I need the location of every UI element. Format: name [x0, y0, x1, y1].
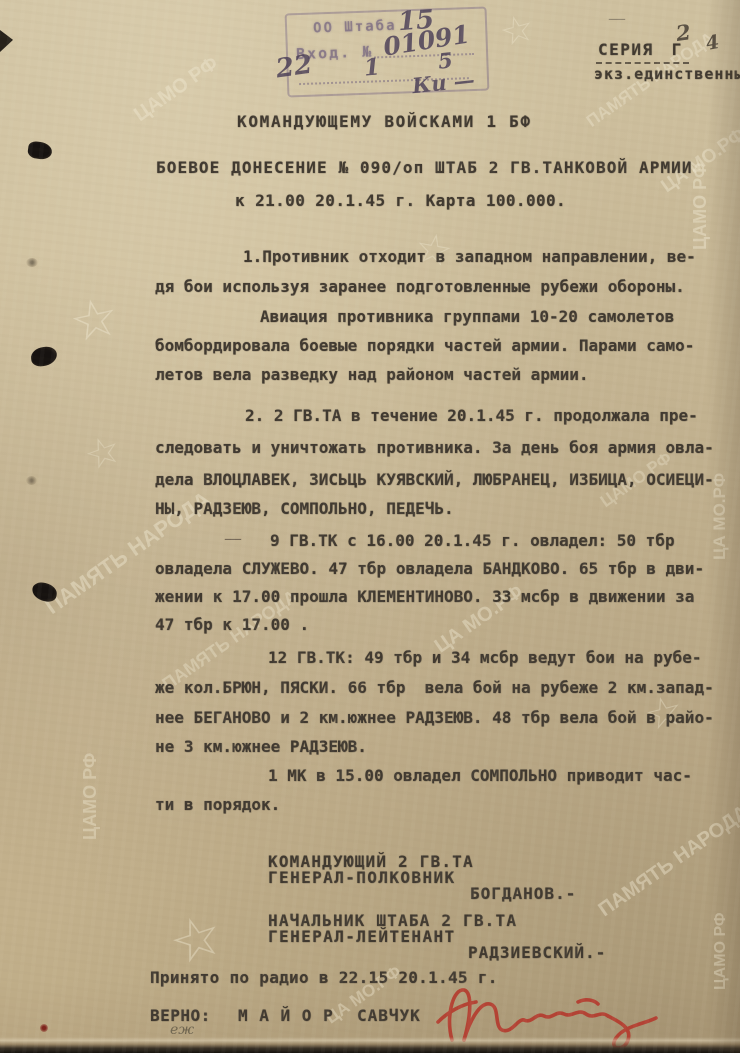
body-line: 1 МК в 15.00 овладел СОМПОЛЬНО приводит …: [268, 766, 692, 786]
handwritten-initials: Ки —: [411, 67, 476, 98]
document-subtitle: к 21.00 20.1.45 г. Карта 100.000.: [235, 191, 566, 211]
star-watermark-icon: ☆: [495, 4, 540, 56]
copy-note: экз.единственный: [594, 64, 740, 84]
body-line: не 3 км.южнее РАДЗЕЮВ.: [155, 737, 367, 757]
paper-smudge: [26, 476, 37, 485]
scan-bottom-edge: [0, 1037, 740, 1053]
body-line: дя бои используя заранее подготовленные …: [155, 277, 685, 297]
handwritten-dash: —: [224, 528, 242, 549]
body-line: овладела СЛУЖЕВО. 47 тбр овладела БАНДКО…: [155, 559, 704, 579]
body-line: 1.Противник отходит в западном направлен…: [243, 247, 696, 267]
handwritten-dash: —: [608, 8, 626, 29]
addressee-line: КОМАНДУЮЩЕМУ ВОЙСКАМИ 1 БФ: [237, 112, 532, 132]
handwritten-day: 22: [274, 50, 314, 85]
punch-hole: [30, 346, 58, 368]
star-watermark-icon: ☆: [64, 284, 124, 356]
body-line: 12 ГВ.ТК: 49 тбр и 34 мсбр ведут бои на …: [268, 648, 701, 668]
body-line: жении к 17.00 прошла КЛЕМЕНТИНОВО. 33 мс…: [155, 587, 694, 607]
watermark-text: ЦАМО РФ: [712, 912, 730, 990]
handwritten-month: 1: [363, 53, 381, 81]
scanned-document-page: ЦАМО РФ ПАМЯТЬ НАРОДА ☆ ЦА МО.РФ ☆ ☆ ЦАМ…: [0, 0, 740, 1053]
series-line: СЕРИЯГ: [596, 40, 689, 64]
body-line: дела ВЛОЦЛАВЕК, ЗИСЬЦЬ КУЯВСКИЙ, ЛЮБРАНЕ…: [155, 470, 714, 490]
document-title: БОЕВОЕ ДОНЕСЕНИЕ № 090/оп ШТАБ 2 ГВ.ТАНК…: [156, 158, 693, 178]
paper-smudge: [26, 258, 38, 267]
signer-post-line: ГЕНЕРАЛ-ЛЕЙТЕНАНТ: [268, 927, 456, 947]
signer-name: РАДЗИЕВСКИЙ.-: [468, 943, 606, 963]
body-line: НЫ, РАДЗЕЮВ, СОМПОЛЬНО, ПЕДЕЧЬ.: [155, 499, 454, 519]
watermark-text: ЦАМО РФ: [80, 753, 101, 840]
body-line: следовать и уничтожать противника. За де…: [155, 438, 714, 458]
punch-hole: [30, 581, 58, 604]
body-line: 2. 2 ГВ.ТА в течение 20.1.45 г. продолжа…: [245, 406, 698, 426]
body-line: нее БЕГАНОВО и 2 км.южнее РАДЗЕЮВ. 48 тб…: [155, 708, 714, 728]
star-watermark-icon: ☆: [78, 425, 127, 480]
watermark-text: ПАМЯТЬ НАРОДА: [594, 801, 740, 922]
signer-name: БОГДАНОВ.-: [470, 884, 576, 904]
handwritten-series-mark: 4: [704, 31, 721, 55]
body-line: ти в порядок.: [155, 795, 280, 815]
body-line: бомбордировала боевые порядки частей арм…: [155, 336, 694, 356]
punch-hole: [27, 140, 53, 160]
body-line: 47 тбр к 17.00 .: [155, 615, 309, 635]
certifier-name: САВЧУК: [357, 1006, 421, 1026]
scan-corner-artifact: [0, 30, 13, 52]
red-ink-dot: [40, 1024, 48, 1032]
series-label: СЕРИЯ: [598, 40, 654, 59]
watermark-text: ЦАМО РФ: [130, 52, 223, 126]
body-line: Авиация противника группами 10-20 самоле…: [260, 307, 674, 327]
signer-post-line: ГЕНЕРАЛ-ПОЛКОВНИК: [268, 868, 456, 888]
handwritten-series-mark: 2: [674, 19, 692, 46]
watermark-text: ЦАМО РФ: [690, 163, 711, 250]
body-line: 9 ГВ.ТК с 16.00 20.1.45 г. овладел: 50 т…: [270, 531, 675, 551]
body-line: летов вела разведку над районом частей а…: [155, 365, 588, 385]
certifier-rank: М А Й О Р: [238, 1006, 334, 1026]
body-line: же кол.БРЮН, ПЯСКИ. 66 тбр вела бой на р…: [155, 678, 714, 698]
handwritten-clerk-note: еж: [170, 1022, 194, 1038]
